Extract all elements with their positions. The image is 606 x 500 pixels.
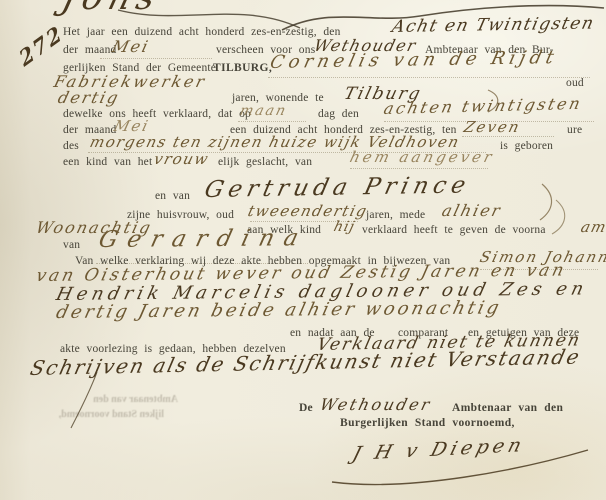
- printed-city-name: TILBURG,: [213, 62, 272, 74]
- printed-registry-2: Burgerlijken Stand voornoemd,: [340, 417, 515, 429]
- printed-month-label: der maand: [63, 44, 117, 56]
- printed-gender-suffix: elijk geslacht, van: [218, 156, 312, 168]
- handwritten-witness2-details: dertig Jaren beide alhier woonachtig: [54, 297, 504, 323]
- form-rule-line: [238, 121, 306, 122]
- paren-flourish: [552, 200, 565, 234]
- handwritten-gender: vrouw: [152, 150, 211, 168]
- birth-certificate-document: Ambtenaar van den lijken Stand voornoemd…: [0, 0, 606, 500]
- handwritten-month: Mei: [110, 37, 152, 56]
- handwritten-hour: Zeven: [462, 118, 523, 136]
- printed-official-2: Ambtenaar van den: [452, 402, 563, 414]
- handwritten-here: alhier: [440, 201, 504, 220]
- paren-flourish: [540, 184, 552, 220]
- printed-van: van: [63, 239, 80, 251]
- handwritten-of-declarant: hem aangever: [348, 148, 497, 166]
- printed-des: des: [63, 140, 79, 152]
- handwritten-name-suffix: am: [579, 218, 606, 236]
- printed-declared: dewelke ons heeft verklaard, dat op: [63, 108, 251, 120]
- printed-gives-name: verklaard heeft te geven de voorna: [362, 224, 546, 236]
- printed-and-of: en van: [155, 190, 190, 202]
- printed-day-label: dag den: [318, 108, 359, 120]
- printed-oud: oud: [566, 77, 584, 89]
- printed-child-of: een kind van het: [63, 156, 152, 168]
- form-rule-line: [462, 136, 554, 137]
- handwritten-mother-name: Gertruda Prince: [202, 172, 473, 203]
- handwritten-declarant-name: Cornelis van de Rijdt: [268, 47, 560, 73]
- handwritten-birth-day: achten twintigsten: [382, 94, 584, 118]
- printed-de: De: [299, 402, 313, 414]
- form-rule-line: [100, 58, 212, 59]
- official-signature: J H v Diepen: [350, 434, 528, 465]
- handwritten-weekday: maan: [238, 103, 289, 119]
- handwritten-child-name: Gerardina: [96, 225, 311, 253]
- printed-years-also: jaren, mede: [366, 209, 425, 221]
- act-number: 272: [15, 19, 66, 71]
- handwritten-he: hij: [332, 219, 357, 235]
- handwritten-age: dertig: [56, 88, 122, 107]
- show-through-text: Ambtenaar van den lijken Stand voornoemd…: [6, 392, 178, 422]
- handwritten-mother-age: tweeendertig: [246, 202, 370, 220]
- printed-ure: ure: [567, 124, 582, 136]
- handwritten-official-title-2: Wethouder: [318, 395, 434, 414]
- form-rule-line: [268, 77, 590, 78]
- handwritten-day: Acht en Twintigsten: [390, 13, 597, 37]
- printed-is-born: is geboren: [500, 140, 553, 152]
- previous-record-fragment: Jons: [58, 0, 165, 18]
- show-through-line: lijken Stand voornoemd,: [6, 407, 164, 422]
- printed-year-line: Het jaar een duizend acht honderd zes-en…: [63, 26, 341, 38]
- form-rule-line: [350, 168, 488, 169]
- show-through-line: Ambtenaar van den: [6, 392, 178, 407]
